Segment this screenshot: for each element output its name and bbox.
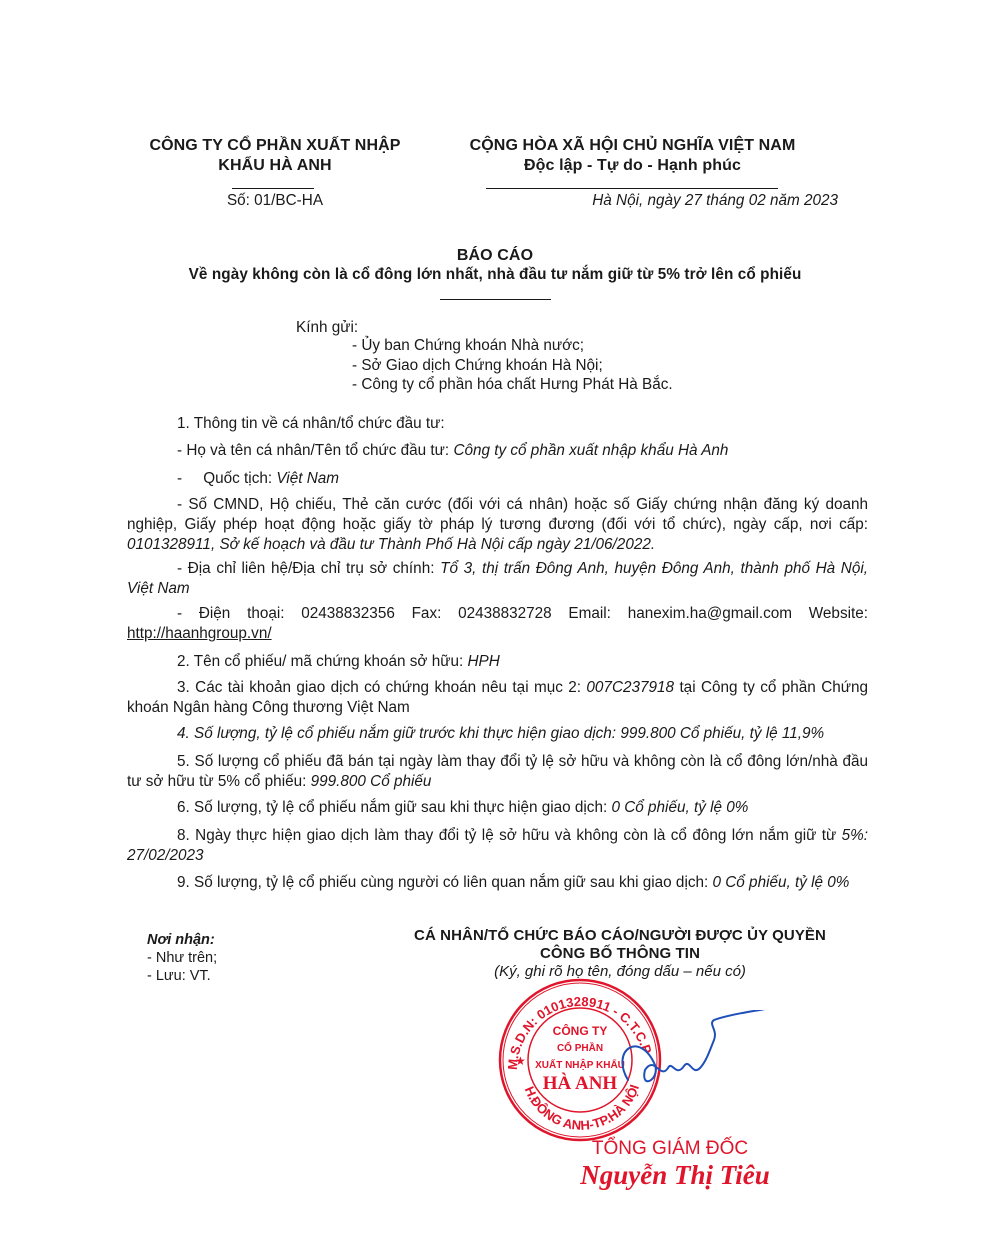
signer-title: CÁ NHÂN/TỔ CHỨC BÁO CÁO/NGƯỜI ĐƯỢC ỦY QU… [370,927,870,963]
nationality: - Quốc tịch: Việt Nam [177,469,339,489]
section-9-value: 0 Cổ phiếu, tỷ lệ 0% [713,874,850,891]
recipient-item: - Công ty cổ phần hóa chất Hưng Phát Hà … [352,375,673,395]
investor-name: - Họ và tên cá nhân/Tên tổ chức đầu tư: … [177,441,728,461]
nationality-value: Việt Nam [276,470,339,487]
section-6-value: 0 Cổ phiếu, tỷ lệ 0% [611,799,748,816]
section-8-label: 8. Ngày thực hiện giao dịch làm thay đổi… [177,827,836,844]
section-2-value: HPH [467,653,499,670]
id-value: 0101328911, Sở kế hoạch và đầu tư Thành … [127,536,655,553]
signer-title-line1: CÁ NHÂN/TỔ CHỨC BÁO CÁO/NGƯỜI ĐƯỢC ỦY QU… [370,927,870,945]
section-9: 9. Số lượng, tỷ lệ cổ phiếu cùng người c… [127,873,868,893]
national-title: CỘNG HÒA XÃ HỘI CHỦ NGHĨA VIỆT NAM [445,136,820,156]
company-underline [232,188,314,189]
section-3-account: 007C237918 [586,679,674,696]
company-name: CÔNG TY CỔ PHẦN XUẤT NHẬP KHẨU HÀ ANH [130,136,420,176]
company-name-line1: CÔNG TY CỔ PHẦN XUẤT NHẬP [130,136,420,156]
signature-scribble [600,1010,800,1100]
report-title: BÁO CÁO [130,246,860,266]
contact-text: - Điện thoại: 02438832356 Fax: 024388327… [177,605,868,622]
stamp-inner-line2: CỔ PHẦN [557,1041,603,1054]
section-4-value: 999.800 Cổ phiếu, tỷ lệ 11,9% [620,725,824,742]
website-link[interactable]: http://haanhgroup.vn/ [127,625,272,642]
signer-name: Nguyễn Thị Tiêu [555,1160,795,1191]
section-1-heading: 1. Thông tin về cá nhân/tổ chức đầu tư: [177,414,445,434]
recipients-label: Kính gửi: [296,318,358,338]
section-2: 2. Tên cổ phiếu/ mã chứng khoán sở hữu: … [177,652,500,672]
receiver-item: - Như trên; [147,948,217,968]
section-3: 3. Các tài khoản giao dịch có chứng khoá… [127,678,868,718]
motto-underline [486,188,778,189]
receiver-item: - Lưu: VT. [147,966,211,986]
nationality-dash: - [177,469,199,489]
nationality-label: Quốc tịch: [203,470,272,487]
section-5-value: 999.800 Cổ phiếu [311,773,432,790]
section-8: 8. Ngày thực hiện giao dịch làm thay đổi… [127,826,868,866]
national-motto: CỘNG HÒA XÃ HỘI CHỦ NGHĨA VIỆT NAM Độc l… [445,136,820,176]
section-9-label: 9. Số lượng, tỷ lệ cổ phiếu cùng người c… [177,874,708,891]
section-4-label: 4. Số lượng, tỷ lệ cổ phiếu nắm giữ trướ… [177,725,616,742]
section-2-label: 2. Tên cổ phiếu/ mã chứng khoán sở hữu: [177,653,463,670]
section-5-label: 5. Số lượng cổ phiếu đã bán tại ngày làm… [127,753,868,790]
national-slogan: Độc lập - Tự do - Hạnh phúc [445,156,820,176]
address-paragraph: - Địa chỉ liên hệ/Địa chỉ trụ sở chính: … [127,559,868,599]
id-paragraph: - Số CMND, Hộ chiếu, Thẻ căn cước (đối v… [127,495,868,555]
investor-name-value: Công ty cổ phần xuất nhập khẩu Hà Anh [453,442,728,459]
company-name-line2: KHẨU HÀ ANH [130,156,420,176]
id-label: - Số CMND, Hộ chiếu, Thẻ căn cước (đối v… [127,496,868,533]
svg-text:★: ★ [515,1054,526,1068]
signer-position: TỔNG GIÁM ĐỐC [560,1138,780,1160]
section-6-label: 6. Số lượng, tỷ lệ cổ phiếu nắm giữ sau … [177,799,607,816]
contact-paragraph: - Điện thoại: 02438832356 Fax: 024388327… [127,604,868,644]
section-5: 5. Số lượng cổ phiếu đã bán tại ngày làm… [127,752,868,792]
receivers-label: Nơi nhận: [147,930,215,950]
section-6: 6. Số lượng, tỷ lệ cổ phiếu nắm giữ sau … [177,798,748,818]
section-4: 4. Số lượng, tỷ lệ cổ phiếu nắm giữ trướ… [177,724,824,744]
title-underline [440,299,551,300]
recipient-item: - Sở Giao dịch Chứng khoán Hà Nội; [352,356,603,376]
place-date: Hà Nội, ngày 27 tháng 02 năm 2023 [520,192,838,210]
section-3-label: 3. Các tài khoản giao dịch có chứng khoá… [177,679,581,696]
signer-title-line2: CÔNG BỐ THÔNG TIN [370,945,870,963]
report-subtitle: Về ngày không còn là cổ đông lớn nhất, n… [100,265,890,285]
address-label: - Địa chỉ liên hệ/Địa chỉ trụ sở chính: [177,560,434,577]
investor-name-label: - Họ và tên cá nhân/Tên tổ chức đầu tư: [177,442,449,459]
recipient-item: - Ủy ban Chứng khoán Nhà nước; [352,336,584,356]
doc-number: Số: 01/BC-HA [130,192,420,210]
